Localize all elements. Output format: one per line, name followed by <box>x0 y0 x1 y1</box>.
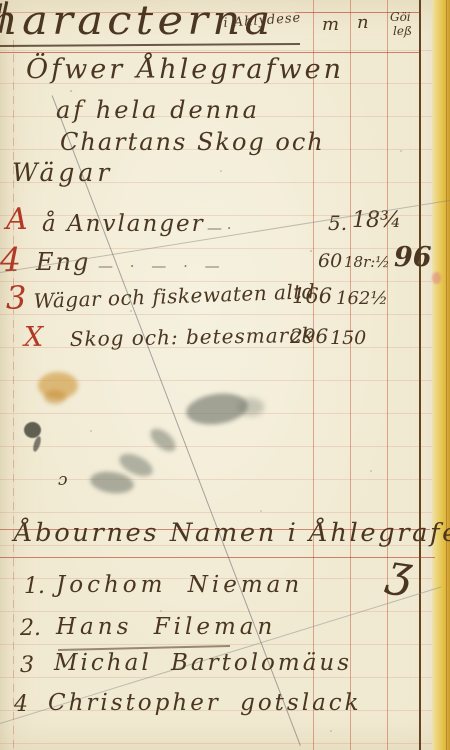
entry-4-value-m: 296 <box>290 324 328 348</box>
name-3-number: 3 <box>20 653 34 678</box>
name-1-number: 1. <box>24 574 45 599</box>
column-header-n: n <box>357 12 369 33</box>
entry-2-index: 4 <box>0 240 21 279</box>
entry-2-value-g: 96 <box>394 242 432 273</box>
column-header-3-line2: leß <box>393 24 412 38</box>
name-2-text: Hans Fileman <box>56 614 276 640</box>
column-line-1 <box>313 0 314 750</box>
column-line-3 <box>387 0 388 750</box>
entry-1-dashes: — · <box>207 219 232 237</box>
manuscript-page: haracterna i Ahlydese m n Göi leß Öfwer … <box>0 0 450 750</box>
entry-3-value-m: 166 <box>292 284 332 308</box>
names-heading-bottom-rule <box>0 557 435 558</box>
column-header-m: m <box>322 14 339 35</box>
name-4-text: Christopher gotslack <box>48 690 362 716</box>
column-line-2 <box>350 0 351 750</box>
entry-2-value-m: 60 <box>318 250 342 272</box>
page-edge-line <box>446 0 447 750</box>
names-heading: Åbournes Namen i Åhlegrafen. <box>14 518 450 547</box>
adjacent-page-edge <box>432 0 450 750</box>
name-3-text: Michal Bartolomäus <box>54 650 352 676</box>
orange-stain-tail <box>44 390 66 404</box>
entry-4-label: Skog och: betesmarck <box>70 323 315 351</box>
column-header-3-line1: Göi <box>390 10 411 24</box>
entry-1-index: A <box>6 202 28 237</box>
pen-squiggle: ɔ <box>58 470 68 490</box>
entry-3-value-n: 162½ <box>336 288 388 309</box>
heading-line-1: Öfwer Åhlegrafwen <box>26 54 344 85</box>
entry-2-value-n: 18r:½ <box>344 253 390 271</box>
binding-line <box>419 0 421 750</box>
entry-3-index: 3 <box>6 279 26 317</box>
heading-line-3: Chartans Skog och <box>60 128 325 156</box>
left-margin-line <box>13 40 14 750</box>
grey-smudge-fade <box>238 398 264 416</box>
name-1-text: Jochom Nieman <box>56 572 303 598</box>
name-4-number: 4 <box>14 692 28 717</box>
paper-specks <box>70 90 72 92</box>
entry-4-value-n: 150 <box>330 327 366 349</box>
entry-1-label: å Anvlanger <box>42 211 205 237</box>
name-2-number: 2. <box>20 616 41 641</box>
entry-4-index: X <box>24 322 43 353</box>
heading-line-4: Wägar <box>12 158 113 187</box>
heading-line-2: af hela denna <box>56 96 260 124</box>
entry-1-value-m: 5. <box>328 211 347 235</box>
header-bottom-rule <box>0 52 420 53</box>
pink-smear <box>432 272 441 284</box>
